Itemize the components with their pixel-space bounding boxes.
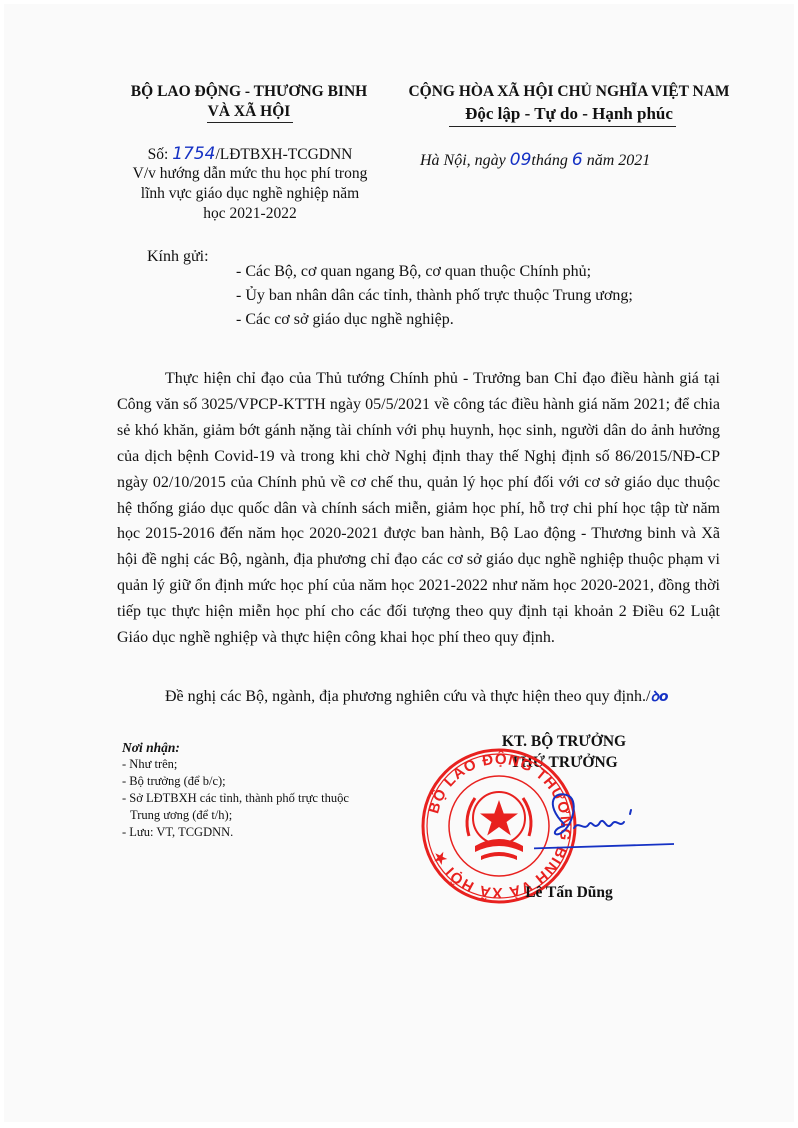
cc-item: - Bộ trưởng (để b/c);: [122, 773, 349, 790]
doc-number-handwritten: 1754: [172, 144, 215, 164]
recipients-cc: Nơi nhận: - Như trên; - Bộ trưởng (để b/…: [122, 739, 349, 841]
date-year: năm 2021: [583, 152, 651, 169]
recipient-item: - Các Bộ, cơ quan ngang Bộ, cơ quan thuộ…: [236, 260, 633, 284]
closing-sentence: Đề nghị các Bộ, ngành, địa phương nghiên…: [117, 687, 757, 706]
agency-line-2: VÀ XÃ HỘI: [104, 102, 394, 122]
body-paragraph: Thực hiện chỉ đạo của Thủ tướng Chính ph…: [117, 366, 720, 651]
national-motto: Độc lập - Tự do - Hạnh phúc: [394, 102, 744, 126]
agency-line-1: BỘ LAO ĐỘNG - THƯƠNG BINH: [104, 82, 394, 102]
date-line: Hà Nội, ngày 09tháng 6 năm 2021: [420, 150, 740, 170]
recipient-list: - Các Bộ, cơ quan ngang Bộ, cơ quan thuộ…: [236, 260, 633, 332]
subject-line: học 2021-2022: [100, 204, 400, 224]
closing-text: Đề nghị các Bộ, ngành, địa phương nghiên…: [165, 688, 650, 705]
document-subject: V/v hướng dẫn mức thu học phí trong lĩnh…: [100, 164, 400, 224]
date-day: 09: [510, 150, 532, 170]
document-number: Số: 1754/LĐTBXH-TCGDNN: [100, 144, 400, 165]
date-month: 6: [572, 150, 583, 170]
recipient-item: - Các cơ sở giáo dục nghề nghiệp.: [236, 308, 633, 332]
doc-number-prefix: Số:: [148, 146, 173, 163]
cc-item: - Sở LĐTBXH các tỉnh, thành phố trực thu…: [122, 790, 349, 807]
issuing-agency: BỘ LAO ĐỘNG - THƯƠNG BINH VÀ XÃ HỘI: [104, 82, 394, 122]
motto-underline: [449, 126, 676, 127]
subject-line: lĩnh vực giáo dục nghề nghiệp năm: [100, 184, 400, 204]
cc-title: Nơi nhận:: [122, 739, 349, 756]
national-title: CỘNG HÒA XÃ HỘI CHỦ NGHĨA VIỆT NAM: [394, 82, 744, 102]
doc-number-suffix: /LĐTBXH-TCGDNN: [215, 146, 352, 163]
handwritten-signature-icon: [534, 784, 674, 864]
date-month-label: tháng: [531, 152, 571, 169]
closing-initials: ꝺo: [650, 689, 668, 705]
date-place: Hà Nội, ngày: [420, 152, 510, 169]
cc-item: Trung ương (để t/h);: [122, 807, 349, 824]
recipient-item: - Ủy ban nhân dân các tỉnh, thành phố tr…: [236, 284, 633, 308]
cc-item: - Như trên;: [122, 756, 349, 773]
document-page: BỘ LAO ĐỘNG - THƯƠNG BINH VÀ XÃ HỘI Số: …: [4, 4, 794, 1122]
subject-line: V/v hướng dẫn mức thu học phí trong: [100, 164, 400, 184]
cc-item: - Lưu: VT, TCGDNN.: [122, 824, 349, 841]
greeting-label: Kính gửi:: [147, 248, 209, 266]
agency-underline: [207, 122, 293, 123]
signer-name: Lê Tấn Dũng: [504, 884, 634, 902]
body-content: Thực hiện chỉ đạo của Thủ tướng Chính ph…: [117, 366, 720, 651]
